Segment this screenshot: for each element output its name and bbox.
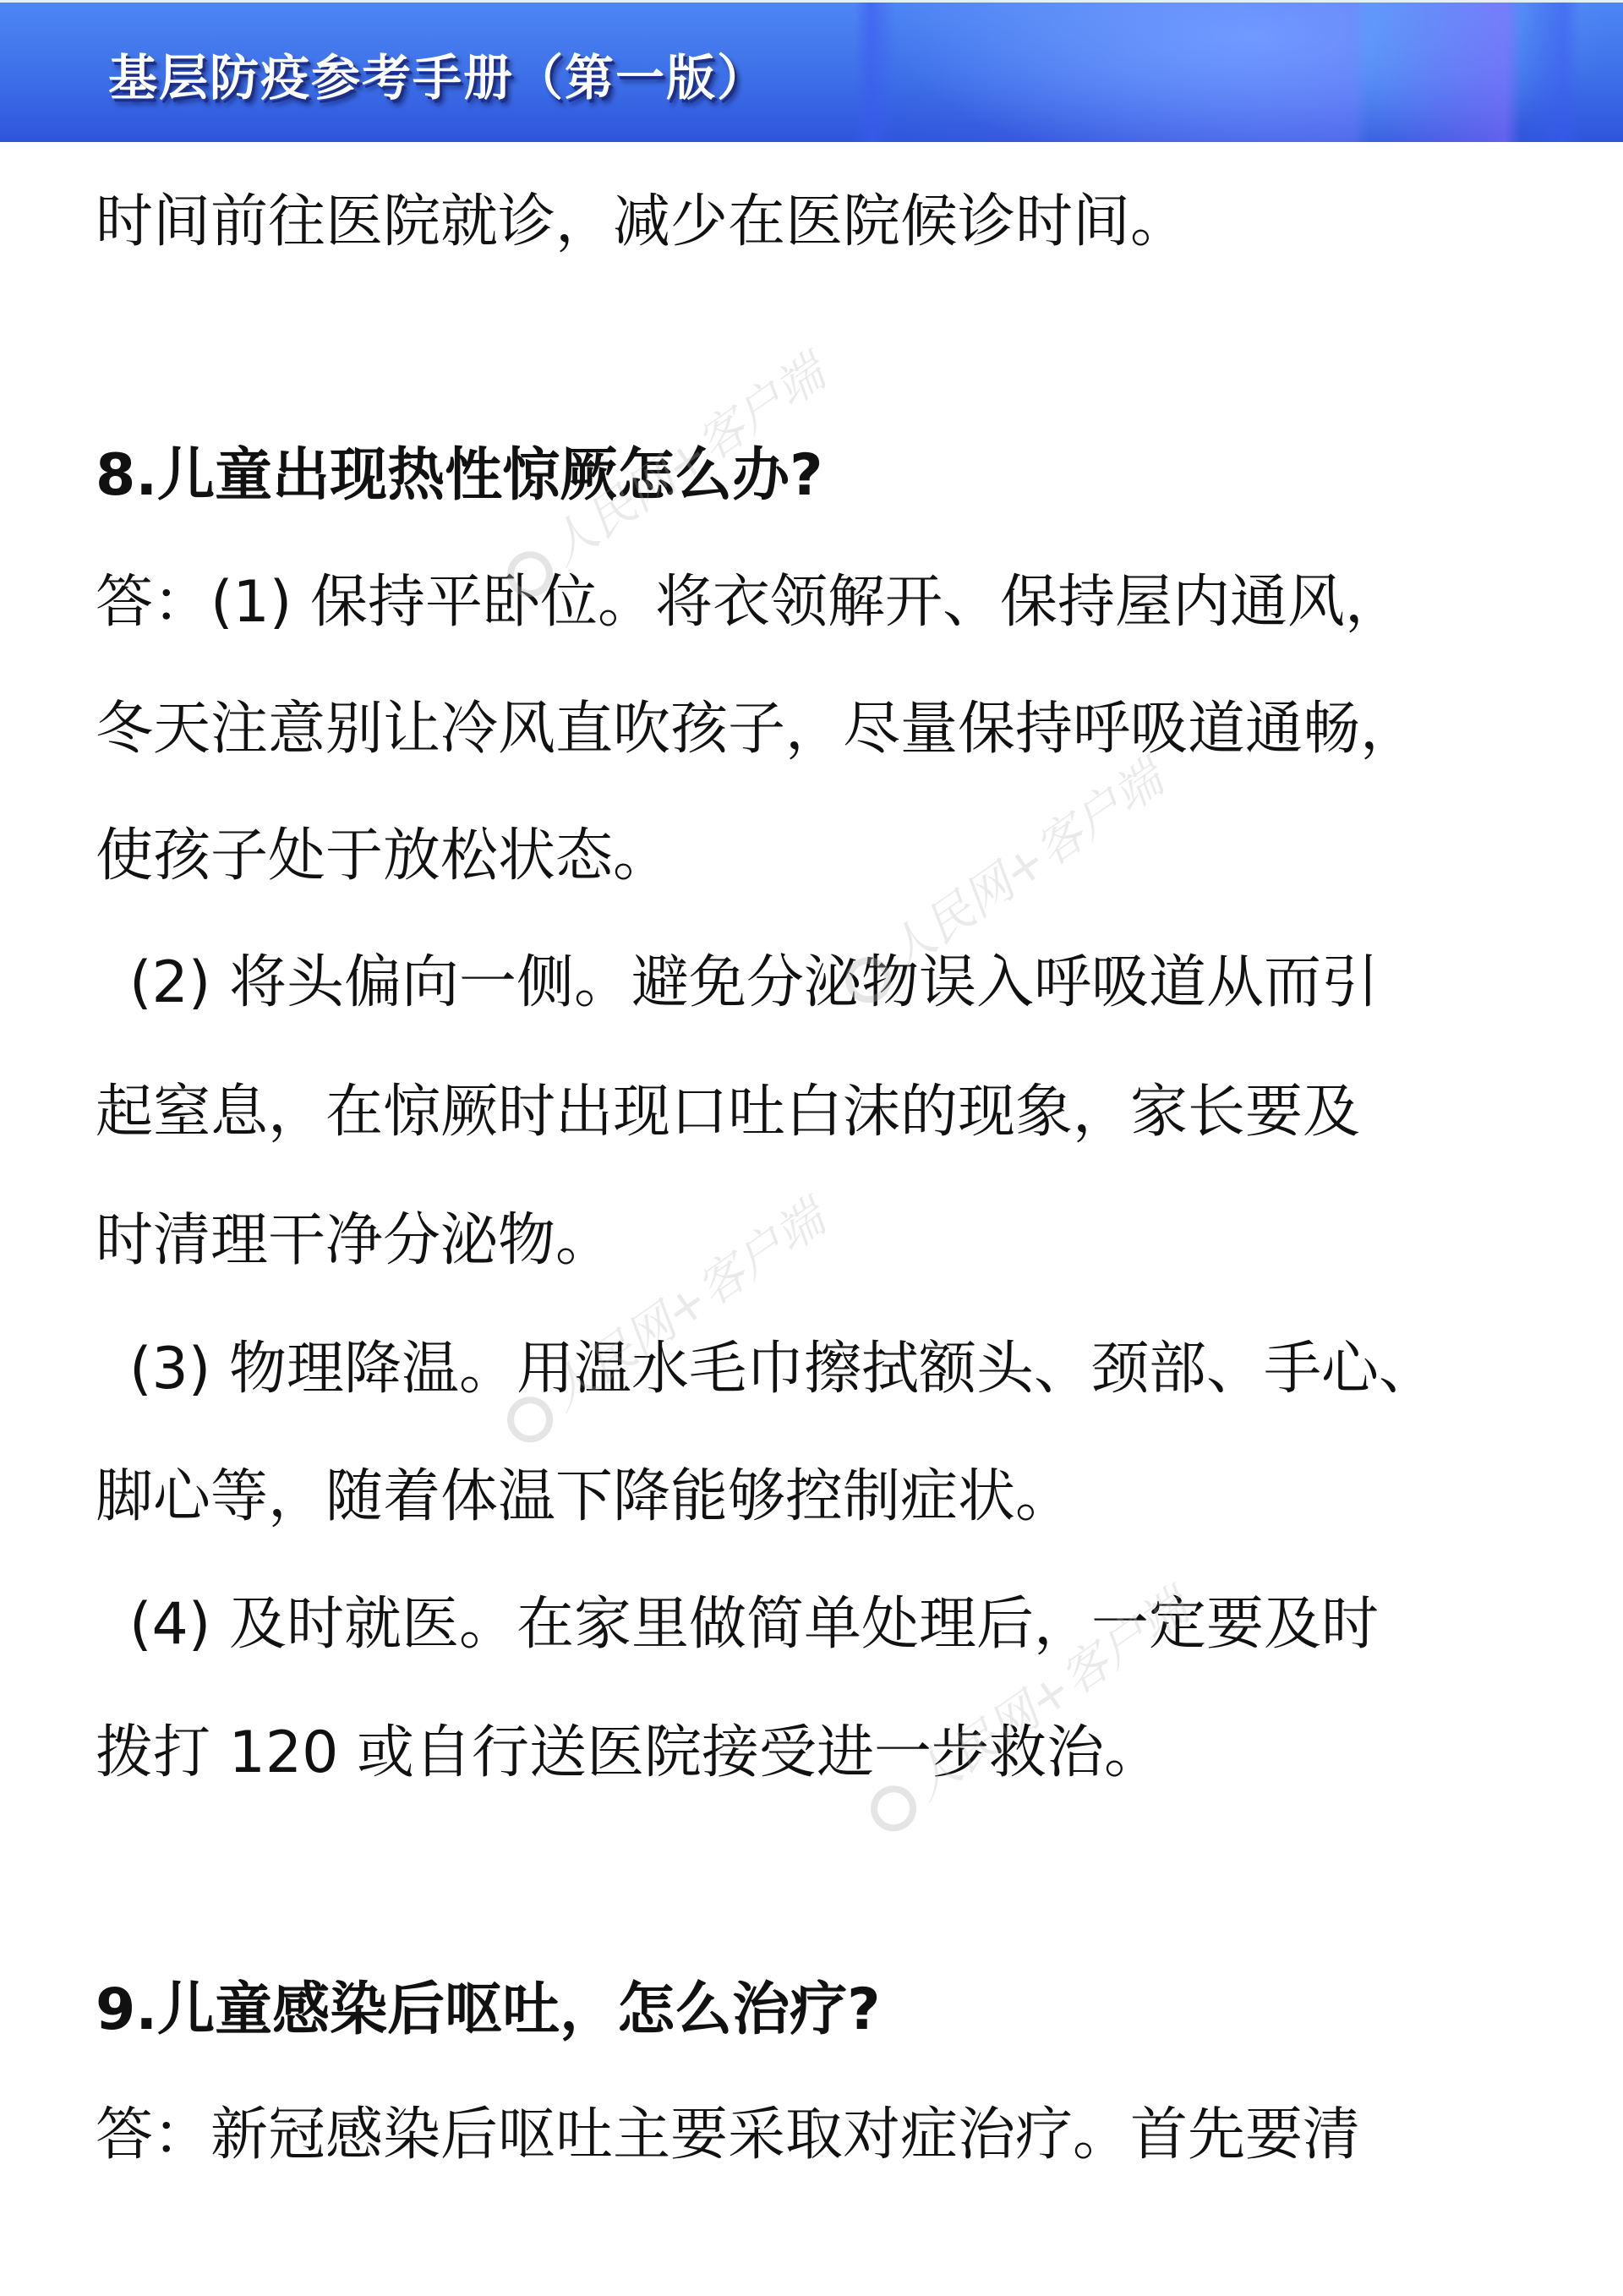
answer-line: (2) 将头偏向一侧。避免分泌物误入呼吸道从而引 (129, 949, 1379, 1017)
answer-line: 冬天注意别让冷风直吹孩子，尽量保持呼吸道通畅， (96, 696, 1418, 763)
answer-line: (4) 及时就医。在家里做简单处理后，一定要及时 (129, 1591, 1379, 1659)
page-title: 基层防疫参考手册（第一版） (108, 38, 768, 109)
question-heading-8: 8.儿童出现热性惊厥怎么办? (96, 442, 823, 510)
paragraph-line: 时间前往医院就诊，减少在医院候诊时间。 (96, 189, 1188, 256)
answer-line: 使孩子处于放松状态。 (96, 823, 670, 890)
header-banner: 基层防疫参考手册（第一版） (0, 0, 1623, 142)
answer-line: 时清理干净分泌物。 (96, 1207, 613, 1275)
answer-line: 答：新冠感染后呕吐主要采取对症治疗。首先要清 (96, 2102, 1360, 2169)
answer-line: 答：(1) 保持平卧位。将衣领解开、保持屋内通风， (96, 569, 1402, 637)
answer-line: 脚心等，随着体温下降能够控制症状。 (96, 1463, 1073, 1531)
answer-line: 拨打 120 或自行送医院接受进一步救治。 (96, 1719, 1161, 1787)
answer-line: (3) 物理降温。用温水毛巾擦拭额头、颈部、手心、 (129, 1336, 1436, 1403)
answer-line: 起窒息，在惊厥时出现口吐白沫的现象，家长要及 (96, 1079, 1360, 1146)
question-heading-9: 9.儿童感染后呕吐，怎么治疗? (96, 1976, 881, 2044)
